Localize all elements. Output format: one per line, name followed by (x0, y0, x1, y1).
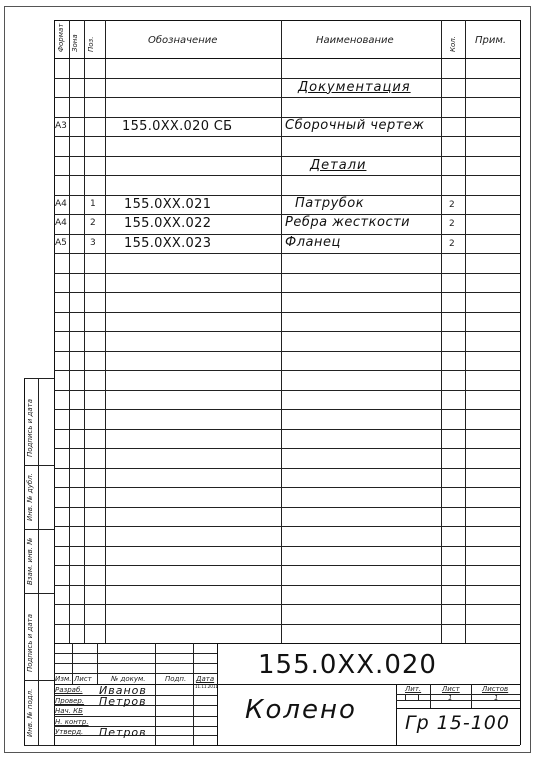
side-strip-label: Подпись и дата (27, 399, 34, 457)
row-line (54, 292, 520, 293)
section-heading: Документация (298, 81, 411, 94)
row-line (54, 253, 520, 254)
row-position: 1 (90, 200, 96, 209)
title-block-top (54, 643, 520, 644)
tb-header-sheet: Лист (74, 676, 92, 683)
tb-header-signature: Подп. (165, 676, 186, 683)
organization: Гр 15-100 (405, 714, 510, 733)
row-line (54, 312, 520, 313)
title-block-col (155, 643, 156, 745)
row-quantity: 2 (449, 201, 455, 210)
row-position: 2 (90, 219, 96, 228)
title-block-code-line (217, 684, 520, 685)
row-line (54, 390, 520, 391)
header-zone: Зона (72, 34, 79, 52)
header-name: Наименование (316, 36, 394, 46)
row-position: 3 (90, 239, 96, 248)
side-strip-divider (38, 378, 39, 745)
document-code: 155.0XX.020 (258, 652, 437, 678)
table-top-border (54, 20, 520, 21)
row-line (54, 487, 520, 488)
sheet-label: Лист (442, 686, 460, 693)
tb-person: Петров (99, 727, 147, 738)
sheets-label: Листов (482, 686, 508, 693)
tb-role: Разраб. (55, 687, 83, 694)
title-block-row (54, 673, 217, 674)
row-line (54, 468, 520, 469)
title-block-row (54, 716, 217, 717)
header-designation: Обозначение (148, 36, 217, 46)
side-strip-left (24, 378, 25, 745)
sheet-value: 1 (448, 695, 452, 702)
row-line (54, 175, 520, 176)
header-format: Формат (58, 24, 65, 52)
tb-header-doc-no: № докум. (111, 676, 146, 683)
tb-role: Нач. КБ (55, 708, 83, 715)
row-line (54, 585, 520, 586)
row-line (54, 351, 520, 352)
header-note: Прим. (475, 36, 506, 46)
side-strip-line (24, 529, 54, 530)
section-heading: Детали (310, 159, 366, 172)
row-name: Патрубок (295, 197, 364, 210)
row-designation: 155.0XX.021 (124, 198, 211, 211)
sheets-value: 1 (494, 695, 498, 702)
lit-cell (405, 694, 406, 700)
header-qty: Кол. (450, 36, 457, 52)
row-line (54, 409, 520, 410)
title-block-divider (217, 643, 218, 745)
lit-header-line (396, 694, 520, 695)
side-strip-line (24, 378, 54, 379)
side-strip-line (24, 593, 54, 594)
row-line (54, 97, 520, 98)
row-line (54, 78, 520, 79)
tb-role: Н. контр. (55, 719, 89, 726)
row-designation: 155.0XX.023 (124, 237, 211, 250)
row-line (54, 429, 520, 430)
lit-values-line (396, 700, 520, 701)
header-pos: Поз. (88, 37, 95, 53)
row-line (54, 156, 520, 157)
lit-sheet-divider (430, 684, 431, 708)
row-line (54, 604, 520, 605)
title-block-row (54, 663, 217, 664)
side-strip-label: Инв. № подл. (27, 689, 34, 737)
product-name: Колено (245, 697, 357, 723)
tb-role: Провер. (55, 698, 84, 705)
tb-person: Петров (99, 696, 147, 707)
row-format: A3 (55, 122, 67, 131)
row-format: A4 (55, 219, 67, 228)
row-line (54, 195, 520, 196)
row-line (54, 448, 520, 449)
row-quantity: 2 (449, 240, 455, 249)
tb-role: Утверд. (55, 729, 83, 736)
tb-header-date: Дата (196, 676, 214, 683)
header-bottom-line (54, 58, 520, 59)
row-line (54, 273, 520, 274)
row-line (54, 624, 520, 625)
tb-header-change: Изм. (55, 676, 71, 683)
row-name: Фланец (285, 236, 341, 249)
side-strip-label: Инв. № дубл. (27, 473, 34, 521)
lit-label: Лит. (405, 686, 421, 693)
row-line (54, 331, 520, 332)
row-line (54, 507, 520, 508)
title-block-col (193, 643, 194, 745)
table-right-border (520, 20, 521, 745)
row-quantity: 2 (449, 220, 455, 229)
row-line (54, 526, 520, 527)
org-top-line (396, 708, 520, 709)
sheet-sheets-divider (471, 684, 472, 708)
tb-date-note: 11.11.2011 (195, 685, 218, 689)
side-strip-label: Подпись и дата (27, 614, 34, 672)
row-designation: 155.0XX.022 (124, 217, 211, 230)
row-name: Сборочный чертеж (285, 119, 425, 132)
row-line (54, 546, 520, 547)
row-line (54, 565, 520, 566)
side-strip-label: Взам. инв. № (27, 537, 34, 585)
row-line (54, 136, 520, 137)
row-format: A4 (55, 200, 67, 209)
side-strip-line (24, 745, 54, 746)
lit-cell (418, 694, 419, 700)
title-block-row (54, 653, 217, 654)
row-name: Ребра жесткости (285, 216, 410, 229)
side-strip-line (24, 680, 54, 681)
row-designation: 155.0XX.020 СБ (122, 120, 232, 133)
row-format: A5 (55, 239, 67, 248)
side-strip-line (24, 465, 54, 466)
row-line (54, 370, 520, 371)
table-bottom-border (54, 745, 520, 746)
